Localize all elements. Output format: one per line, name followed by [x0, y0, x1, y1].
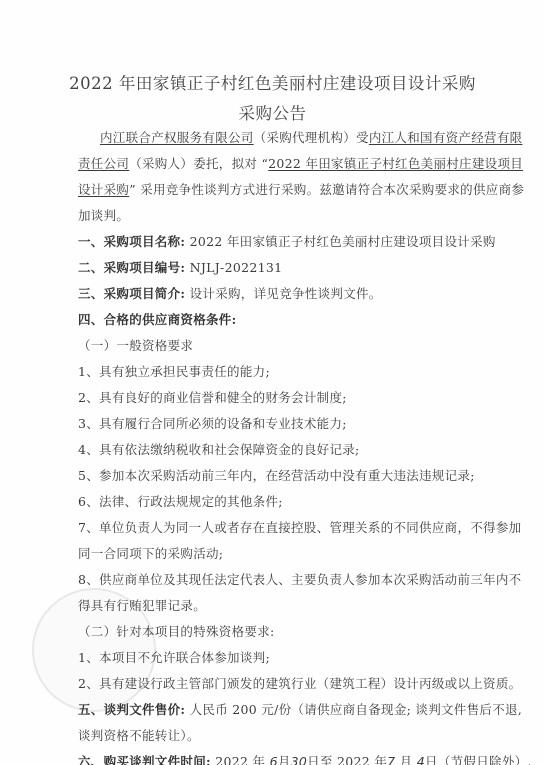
document-title: 2022 年田家镇正子村红色美丽村庄建设项目设计采购 [0, 70, 545, 94]
intro-line-1: 内江联合产权服务有限公司（采购代理机构）受内江人和国有资产经营有限 [100, 128, 522, 146]
general-item: 2、具有良好的商业信誉和健全的财务会计制度; [78, 388, 347, 406]
purchase-time-range: 2022 年 6月30日至 2022 年7 月 4日（节假日除外）, [215, 754, 532, 765]
handwritten-day: 4 [417, 754, 425, 765]
general-item: 8、供应商单位及其现任法定代表人、主要负责人参加本次采购活动前三年内不 [78, 570, 521, 588]
general-item: 得具有行贿犯罪记录。 [78, 596, 206, 614]
document-page: 2022 年田家镇正子村红色美丽村庄建设项目设计采购 采购公告 内江联合产权服务… [0, 0, 545, 765]
general-item: 5、参加本次采购活动前三年内，在经营活动中没有重大违法违规记录; [78, 466, 475, 484]
handwritten-month: 6 [270, 754, 278, 765]
general-item: 1、具有独立承担民事责任的能力; [78, 362, 270, 380]
project-name: 2022 年田家镇正子村红色美丽村庄建设项目 [268, 156, 523, 171]
special-requirements-heading: （二）针对本项目的特殊资格要求: [78, 622, 275, 640]
section-6: 六、购买谈判文件时间: 2022 年 6月30日至 2022 年7 月 4日（节… [78, 752, 532, 765]
section-4-heading: 四、合格的供应商资格条件: [78, 310, 237, 328]
section-3: 三、采购项目简介: 设计采购，详见竞争性谈判文件。 [78, 284, 382, 302]
document-subtitle: 采购公告 [0, 100, 545, 124]
handwritten-day: 30 [291, 754, 308, 765]
general-requirements-heading: （一）一般资格要求 [78, 336, 193, 354]
general-item: 6、法律、行政法规规定的其他条件; [78, 492, 283, 510]
general-item: 4、具有依法缴纳税收和社会保障资金的良好记录; [78, 440, 360, 458]
section-1: 一、采购项目名称: 2022 年田家镇正子村红色美丽村庄建设项目设计采购 [78, 232, 496, 250]
intro-line-2: 责任公司（采购人）委托，拟对 “2022 年田家镇正子村红色美丽村庄建设项目 [78, 154, 523, 172]
special-item: 1、本项目不允许联合体参加谈判; [78, 648, 270, 666]
special-item: 2、具有建设行政主管部门颁发的建筑行业（建筑工程）设计丙级或以上资质。 [78, 674, 521, 692]
general-item: 同一合同项下的采购活动; [78, 544, 223, 562]
general-item: 7、单位负责人为同一人或者存在直接控股、管理关系的不同供应商，不得参加 [78, 518, 521, 536]
purchaser-name: 内江人和国有资产经营有限 [369, 130, 523, 145]
intro-line-3: 设计采购” 采用竞争性谈判方式进行采购。兹邀请符合本次采购要求的供应商参 [78, 180, 524, 198]
section-5-cont: 谈判资格不能转让）。 [78, 726, 200, 744]
general-item: 3、具有履行合同所必须的设备和专业技术能力; [78, 414, 347, 432]
section-5: 五、谈判文件售价: 人民币 200 元/份（请供应商自备现金; 谈判文件售后不退… [78, 700, 522, 718]
intro-line-4: 加谈判。 [78, 206, 129, 224]
section-2: 二、采购项目编号: NJLJ-2022131 [78, 258, 282, 276]
agency-name: 内江联合产权服务有限公司 [100, 130, 254, 145]
